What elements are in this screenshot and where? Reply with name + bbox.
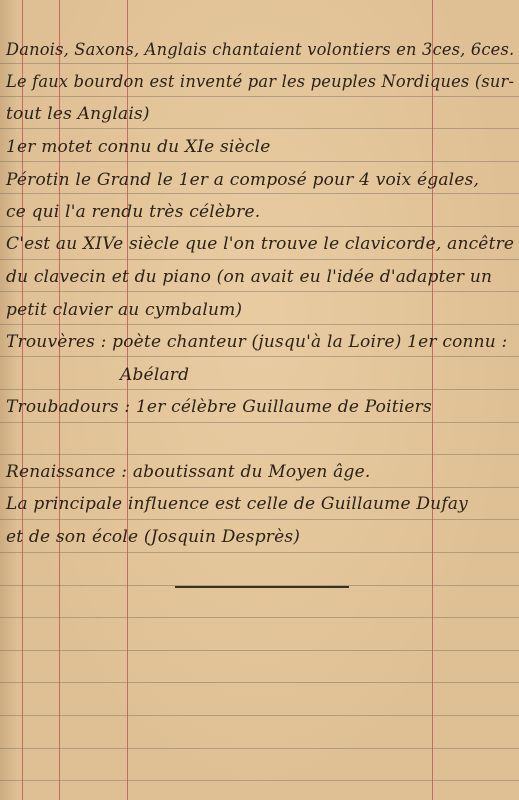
ruled-line	[0, 780, 519, 781]
ruled-line	[0, 291, 519, 292]
ruled-line	[0, 487, 519, 488]
text-line: ce qui l'a rendu très célèbre.	[6, 202, 260, 222]
text-line: La principale influence est celle de Gui…	[6, 494, 468, 514]
ruled-line	[0, 715, 519, 716]
ruled-line	[0, 650, 519, 651]
ruled-line	[0, 259, 519, 260]
text-line: petit clavier au cymbalum)	[6, 300, 242, 320]
text-line: Troubadours : 1er célèbre Guillaume de P…	[6, 397, 432, 417]
ruled-line	[0, 193, 519, 194]
text-line: Le faux bourdon est inventé par les peup…	[6, 72, 514, 92]
margin-line-right	[432, 0, 433, 800]
ruled-line	[0, 682, 519, 683]
ruled-line	[0, 454, 519, 455]
text-line: Danois, Saxons, Anglais chantaient volon…	[6, 40, 514, 60]
ruled-line	[0, 422, 519, 423]
ruled-line	[0, 389, 519, 390]
ruled-line	[0, 128, 519, 129]
text-line: Renaissance : aboutissant du Moyen âge.	[6, 462, 370, 482]
ruled-line	[0, 63, 519, 64]
text-line: Pérotin le Grand le 1er a composé pour 4…	[6, 170, 479, 190]
text-line-indented: Abélard	[120, 365, 189, 385]
text-line: tout les Anglais)	[6, 104, 150, 124]
notebook-page: Danois, Saxons, Anglais chantaient volon…	[0, 0, 519, 800]
text-line: et de son école (Josquin Desprès)	[6, 527, 300, 547]
ruled-line	[0, 324, 519, 325]
ruled-line	[0, 161, 519, 162]
ruled-line	[0, 519, 519, 520]
ruled-line	[0, 552, 519, 553]
text-line: 1er motet connu du XIe siècle	[6, 137, 270, 157]
closing-underline	[175, 586, 349, 588]
ruled-line	[0, 226, 519, 227]
text-line: du clavecin et du piano (on avait eu l'i…	[6, 267, 492, 287]
text-line: Trouvères : poète chanteur (jusqu'à la L…	[6, 332, 507, 352]
ruled-line	[0, 356, 519, 357]
ruled-line	[0, 748, 519, 749]
ruled-line	[0, 617, 519, 618]
text-line: C'est au XIVe siècle que l'on trouve le …	[6, 234, 514, 254]
ruled-line	[0, 96, 519, 97]
